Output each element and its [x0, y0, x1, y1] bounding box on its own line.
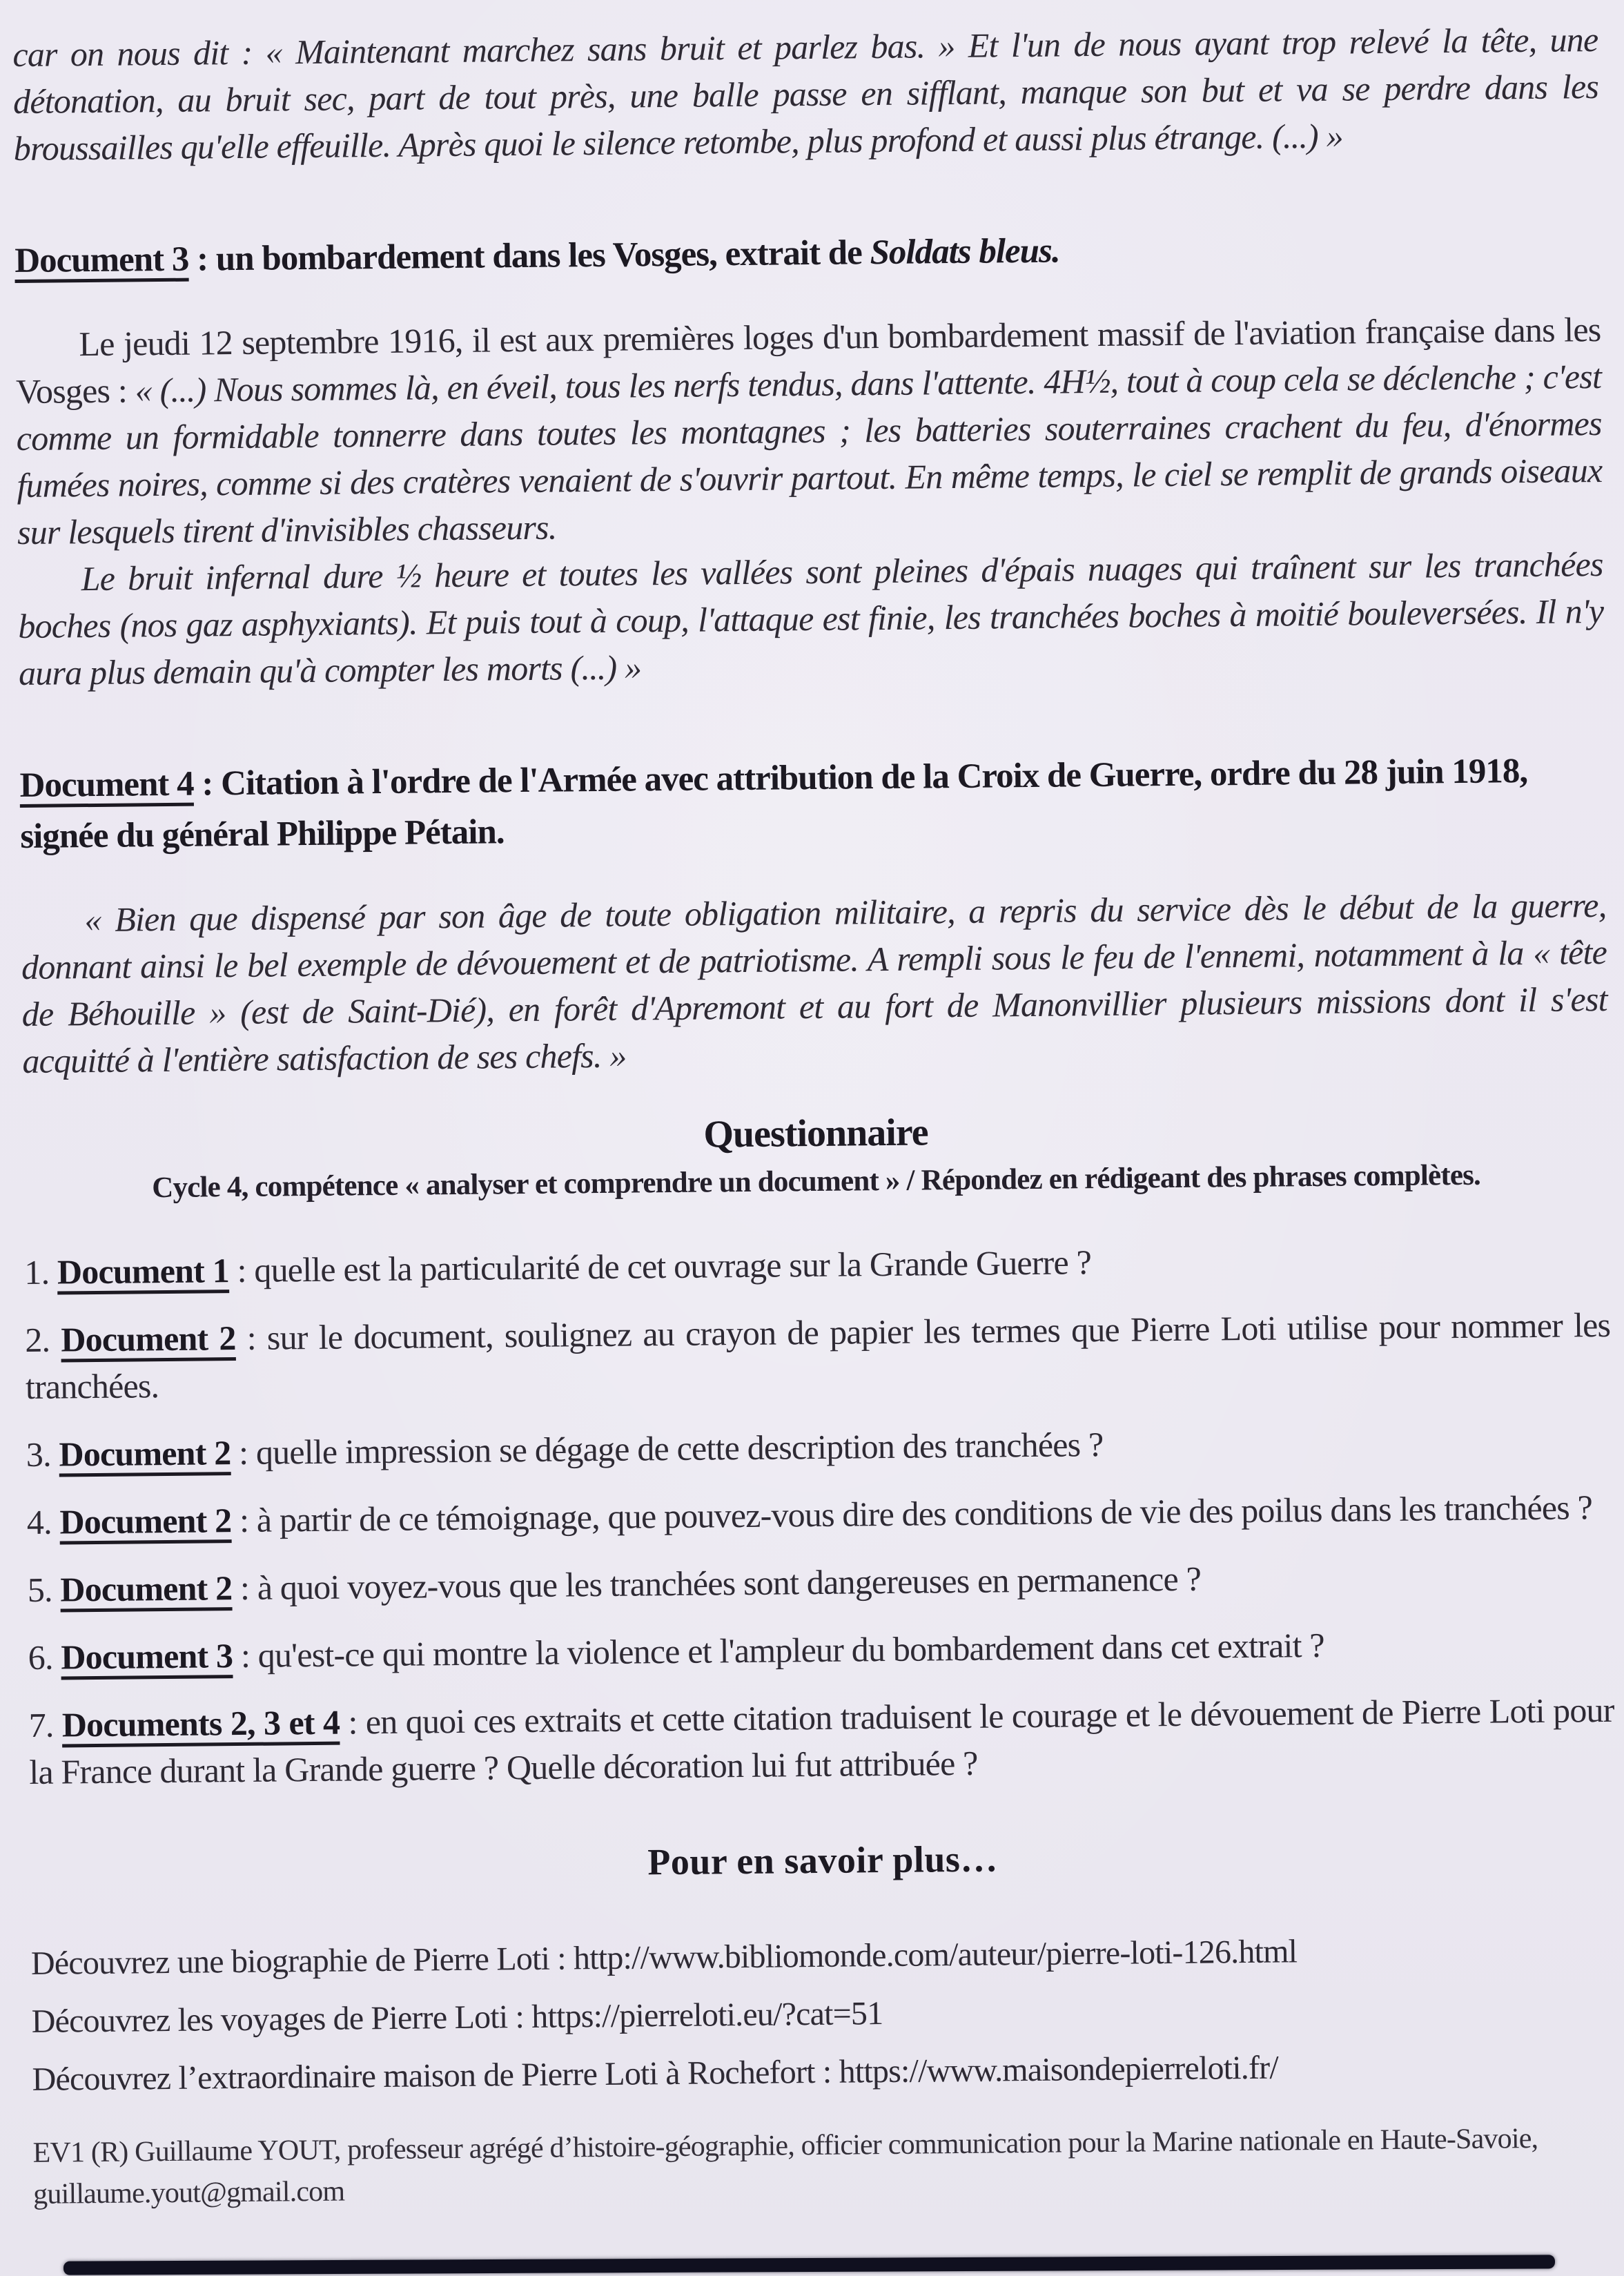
- document3-paragraph-1-quote: « (...) Nous sommes là, en éveil, tous l…: [16, 357, 1602, 552]
- footer-line1: EV1 (R) Guillaume YOUT, professeur agrég…: [32, 2123, 1538, 2169]
- link-url-text: https://www.maisondepierreloti.fr/: [839, 2050, 1278, 2090]
- link-url-text: http://www.bibliomonde.com/auteur/pierre…: [574, 1933, 1298, 1976]
- question-item-7: 7. Documents 2, 3 et 4 : en quoi ces ext…: [28, 1686, 1614, 1796]
- questions-list: 1. Document 1 : quelle est la particular…: [24, 1234, 1614, 1796]
- footer-signature: EV1 (R) Guillaume YOUT, professeur agrég…: [32, 2117, 1618, 2215]
- document4-heading-text: : Citation à l'ordre de l'Armée avec att…: [20, 752, 1527, 856]
- question-number: 3.: [26, 1435, 59, 1474]
- document3-book-title: Soldats bleus.: [870, 232, 1060, 273]
- question-item-1: 1. Document 1 : quelle est la particular…: [24, 1234, 1610, 1296]
- question-number: 6.: [28, 1637, 61, 1676]
- question-doc-label: Document 2: [59, 1433, 231, 1473]
- question-number: 1.: [24, 1253, 57, 1292]
- document3-heading-text: : un bombardement dans les Vosges, extra…: [188, 233, 870, 278]
- link-lead-text: Découvrez une biographie de Pierre Loti …: [31, 1940, 574, 1982]
- page-content: car on nous dit : « Maintenant marchez s…: [0, 0, 1624, 2215]
- question-item-4: 4. Document 2 : à partir de ce témoignag…: [27, 1484, 1613, 1546]
- question-doc-label: Document 2: [59, 1501, 231, 1541]
- document4-citation-quote: « Bien que dispensé par son âge de toute…: [21, 882, 1608, 1084]
- document3-paragraph-2: Le bruit infernal dure ½ heure et toutes…: [17, 541, 1604, 697]
- questionnaire-title: Questionnaire: [23, 1101, 1609, 1166]
- link-lead-text: Découvrez l’extraordinaire maison de Pie…: [32, 2054, 839, 2098]
- question-text: : quelle est la particularité de cet ouv…: [229, 1243, 1092, 1290]
- document3-paragraph-1: Le jeudi 12 septembre 1916, il est aux p…: [15, 306, 1603, 556]
- scanned-worksheet-page: car on nous dit : « Maintenant marchez s…: [0, 0, 1624, 2276]
- question-text: : à partir de ce témoignage, que pouvez-…: [231, 1488, 1592, 1539]
- link-lead-text: Découvrez les voyages de Pierre Loti :: [32, 1998, 532, 2040]
- question-text: : qu'est-ce qui montre la violence et l'…: [233, 1626, 1324, 1675]
- more-info-title: Pour en savoir plus…: [30, 1829, 1616, 1892]
- question-item-5: 5. Document 2 : à quoi voyez-vous que le…: [27, 1551, 1613, 1613]
- question-doc-label: Documents 2, 3 et 4: [62, 1703, 340, 1744]
- question-number: 4.: [27, 1503, 60, 1541]
- document3-label: Document 3: [14, 240, 189, 280]
- question-number: 2.: [25, 1320, 61, 1359]
- question-doc-label: Document 2: [60, 1568, 232, 1608]
- question-text: : sur le document, soulignez au crayon d…: [26, 1305, 1611, 1406]
- document4-label: Document 4: [19, 765, 194, 805]
- question-doc-label: Document 3: [61, 1636, 233, 1676]
- scan-edge-artifact: [63, 2255, 1555, 2275]
- question-item-6: 6. Document 3 : qu'est-ce qui montre la …: [28, 1619, 1614, 1681]
- link-url-text: https://pierreloti.eu/?cat=51: [531, 1995, 883, 2035]
- question-text: : quelle impression se dégage de cette d…: [231, 1425, 1103, 1472]
- question-doc-label: Document 1: [57, 1251, 229, 1291]
- question-item-2: 2. Document 2 : sur le document, soulign…: [25, 1301, 1611, 1410]
- links-list: Découvrez une biographie de Pierre Loti …: [31, 1920, 1618, 2109]
- footer-email: guillaume.yout@gmail.com: [33, 2176, 344, 2210]
- question-number: 5.: [28, 1570, 61, 1609]
- question-text: : à quoi voyez-vous que les tranchées so…: [232, 1559, 1201, 1607]
- document3-heading: Document 3 : un bombardement dans les Vo…: [14, 220, 1601, 286]
- document4-heading: Document 4 : Citation à l'ordre de l'Arm…: [19, 745, 1605, 862]
- intro-quote-paragraph: car on nous dit : « Maintenant marchez s…: [12, 16, 1599, 172]
- question-item-3: 3. Document 2 : quelle impression se dég…: [26, 1416, 1612, 1478]
- question-doc-label: Document 2: [61, 1319, 236, 1359]
- question-number: 7.: [28, 1705, 62, 1744]
